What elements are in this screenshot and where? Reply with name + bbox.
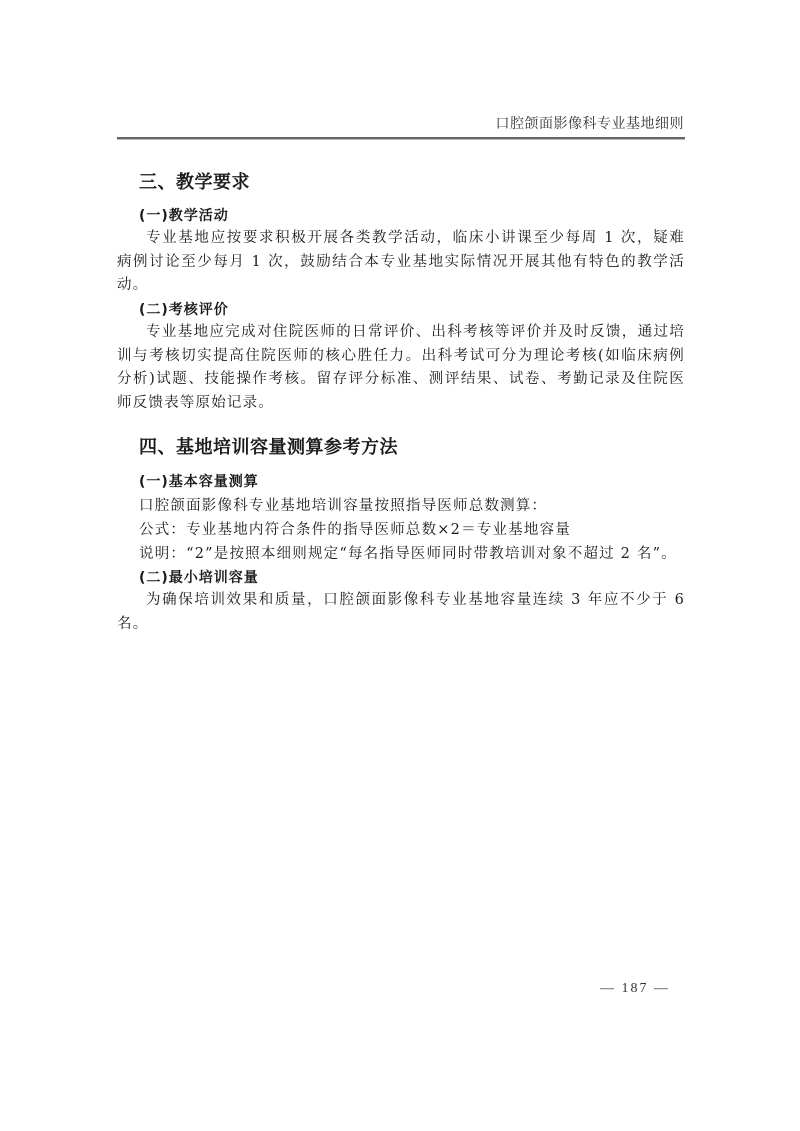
text-line-capacity-basis: 口腔颌面影像科专业基地培训容量按照指导医师总数测算：	[139, 494, 547, 515]
page-number: — 187 —	[600, 981, 670, 997]
subsection-heading-minimum-capacity: (二)最小培训容量	[139, 567, 259, 587]
paragraph-minimum-capacity: 为确保培训效果和质量，口腔颌面影像科专业基地容量连续 3 年应不少于 6 名。	[117, 589, 685, 636]
header-rule	[117, 137, 685, 140]
text-line-formula: 公式：专业基地内符合条件的指导医师总数×2＝专业基地容量	[139, 518, 571, 539]
subsection-heading-basic-capacity: (一)基本容量测算	[139, 471, 259, 491]
text-line-explanation: 说明：“2”是按照本细则规定“每名指导医师同时带教培训对象不超过 2 名”。	[139, 542, 677, 563]
subsection-heading-assessment: (二)考核评价	[139, 299, 229, 319]
running-header: 口腔颌面影像科专业基地细则	[496, 113, 685, 133]
paragraph-teaching-activities: 专业基地应按要求积极开展各类教学活动，临床小讲课至少每周 1 次，疑难病例讨论至…	[117, 227, 685, 298]
section-heading-capacity-calculation: 四、基地培训容量测算参考方法	[139, 433, 398, 459]
subsection-heading-teaching-activities: (一)教学活动	[139, 205, 229, 225]
paragraph-assessment: 专业基地应完成对住院医师的日常评价、出科考核等评价并及时反馈，通过培训与考核切实…	[117, 321, 685, 415]
section-heading-teaching-requirements: 三、教学要求	[139, 168, 250, 194]
